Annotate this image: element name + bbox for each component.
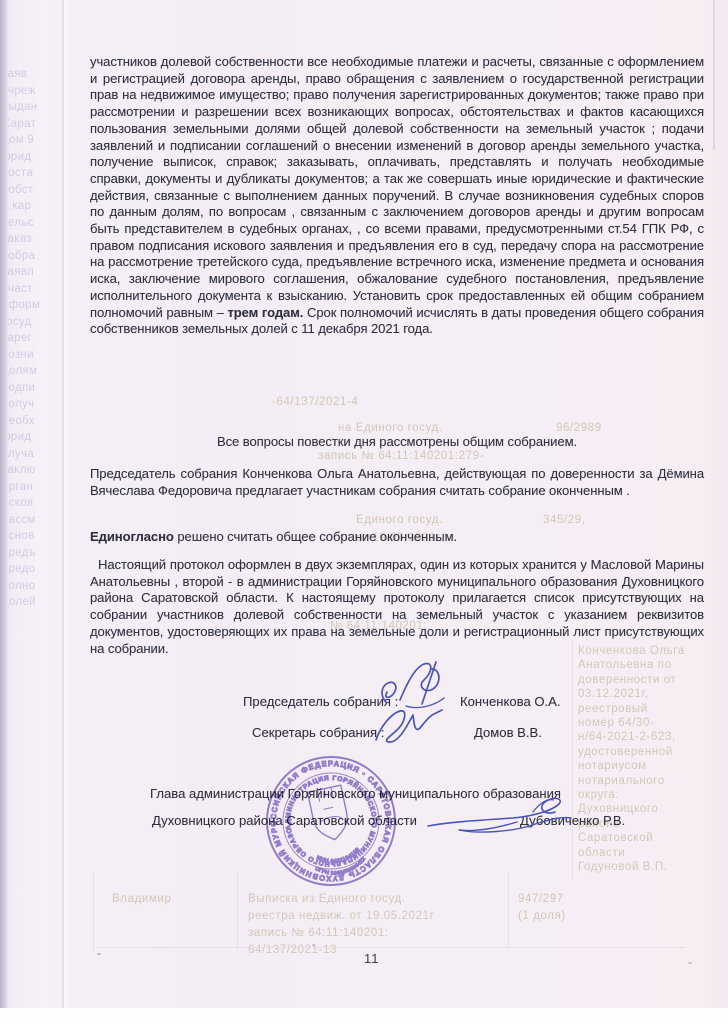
ghost-fragment: 64/137/2021-13 — [248, 944, 337, 956]
page-right-edge — [713, 0, 715, 150]
scan-speck — [97, 953, 101, 955]
page-edge-shadow — [0, 0, 8, 1008]
paragraph-bold-term: трем годам. — [227, 305, 303, 320]
unanimous-bold: Единогласно — [90, 529, 174, 544]
body-paragraph-powers: участников долевой собственности все нео… — [90, 54, 704, 338]
secretary-signature-name: Домов В.В. — [474, 725, 542, 740]
ghost-fragment: на Единого госуд. — [338, 422, 443, 434]
scanned-page: заявучрежвыданСаратдом 9юридсостасобсти … — [0, 0, 728, 1008]
ghost-fragment: Единого госуд. — [356, 514, 443, 526]
ghost-fragment: области — [578, 847, 625, 859]
ghost-fragment: нотариального — [578, 775, 665, 787]
ghost-fragment: 345/29, — [543, 514, 586, 526]
ghost-fragment: -64/137/2021-4 — [272, 396, 358, 408]
line-unanimous: Единогласно решено считать общее собрани… — [90, 529, 704, 546]
line-agenda-reviewed: Все вопросы повестки дня рассмотрены общ… — [90, 434, 704, 451]
ghost-fragment: доверенности от — [578, 674, 676, 686]
ghost-fragment: реестра недвиж. от 19.05.2021г — [248, 910, 434, 922]
ghost-fragment: запись № 64:11:140201: — [248, 927, 389, 939]
scan-speck — [688, 962, 692, 964]
ghost-fragment: номер 64/30- — [578, 717, 654, 729]
ghost-fragment: нотариусом — [578, 760, 647, 772]
ghost-fragment: Саратовской — [578, 832, 653, 844]
ghost-fragment: удостоверенной — [578, 746, 673, 758]
ghost-fragment: Владимир — [112, 893, 171, 905]
ghost-fragment: округа: — [578, 789, 619, 801]
official-stamp: РОССИЙСКАЯ ФЕДЕРАЦИЯ • САРАТОВСКАЯ ОБЛАС… — [242, 732, 420, 910]
ghost-fragment: Годуновой В.П. — [578, 861, 668, 873]
ghost-fragment: Анатольевна по — [578, 659, 672, 671]
stamp-coat-of-arms — [308, 785, 352, 843]
paragraph-chairman-proposal: Председатель собрания Конченкова Ольга А… — [90, 466, 704, 499]
unanimous-rest: решено считать общее собрание оконченным… — [174, 529, 457, 544]
chairman-signature-name: Конченкова О.А. — [460, 694, 561, 709]
page-number: 11 — [364, 951, 424, 966]
ghost-fragment: реестровый — [578, 703, 648, 715]
ghost-fragment: 947/297 — [518, 893, 564, 905]
paragraph-protocol-copies: Настоящий протокол оформлен в двух экзем… — [90, 557, 704, 657]
scan-speck — [312, 944, 315, 946]
scan-streak — [96, 947, 686, 948]
ghost-table-rule — [237, 874, 238, 950]
ghost-table-rule — [93, 874, 94, 950]
ghost-fragment: запись № 64:11:140201:279- — [318, 450, 484, 462]
paragraph-text: участников долевой собственности все нео… — [90, 54, 704, 320]
ghost-fragment: 03.12.2021г, — [578, 688, 649, 700]
ghost-fragment: (1 доля) — [518, 910, 566, 922]
ghost-table-rule — [508, 874, 509, 950]
glava-signature-ink — [425, 792, 575, 840]
ghost-table-rule — [572, 640, 573, 878]
scanner-background — [0, 1008, 728, 1024]
page-crease-highlight — [64, 0, 68, 1008]
ghost-fragment: 96/2989 — [556, 422, 602, 434]
ghost-fragment: н/64-2021-2-623, — [578, 731, 676, 743]
